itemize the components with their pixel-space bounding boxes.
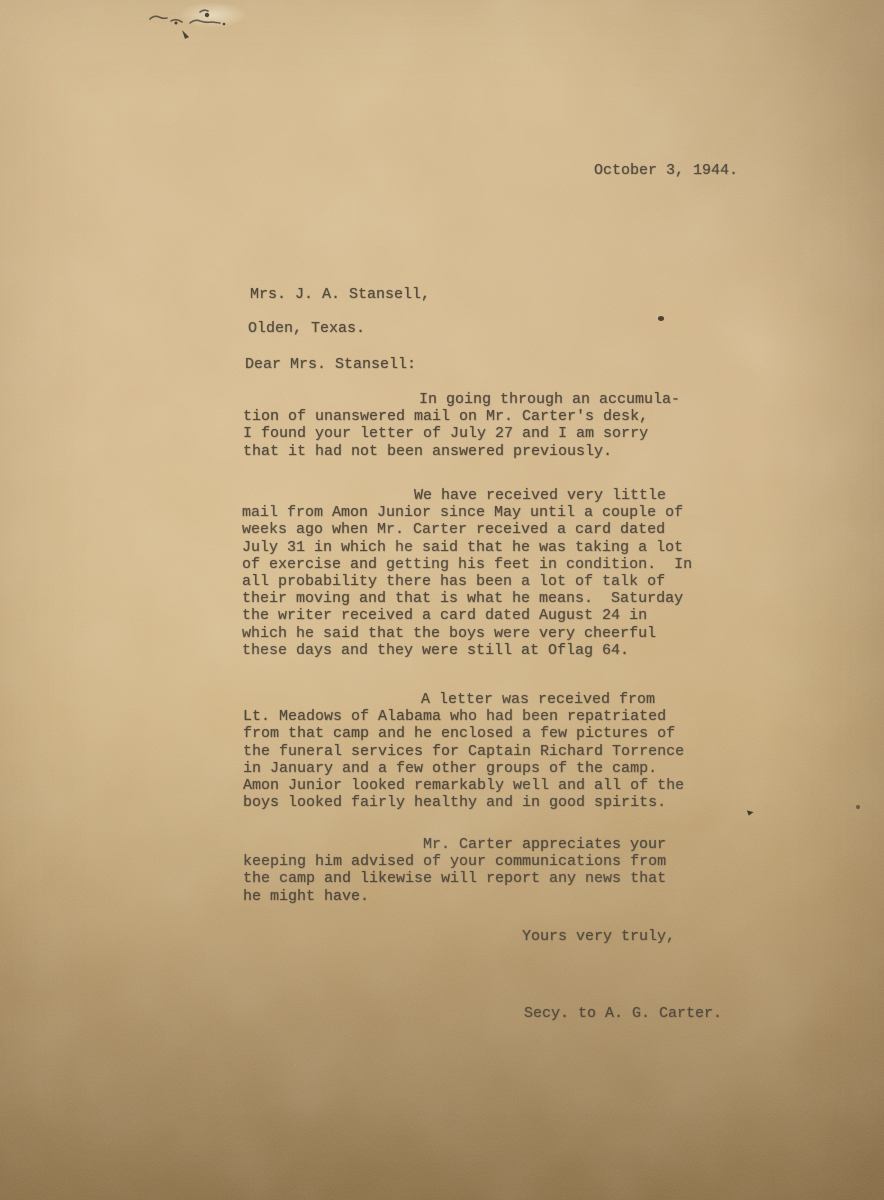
- recipient-name: Mrs. J. A. Stansell,: [250, 286, 430, 303]
- letter-date: October 3, 1944.: [594, 162, 738, 179]
- closing-line: Yours very truly,: [522, 928, 675, 945]
- body-paragraph-2: We have received very little mail from A…: [242, 487, 692, 659]
- ink-speck: [657, 315, 664, 322]
- ink-speck: [856, 805, 860, 809]
- pencil-scribble-mark: [140, 2, 250, 47]
- salutation: Dear Mrs. Stansell:: [245, 356, 416, 373]
- ink-speck: [746, 809, 754, 816]
- recipient-city: Olden, Texas.: [248, 320, 365, 337]
- body-paragraph-3: A letter was received from Lt. Meadows o…: [243, 691, 684, 811]
- signature-line: Secy. to A. G. Carter.: [524, 1005, 722, 1022]
- typewritten-letter-page: October 3, 1944. Mrs. J. A. Stansell, Ol…: [0, 0, 884, 1200]
- body-paragraph-1: In going through an accumula- tion of un…: [243, 391, 680, 460]
- body-paragraph-4: Mr. Carter appreciates your keeping him …: [243, 836, 666, 905]
